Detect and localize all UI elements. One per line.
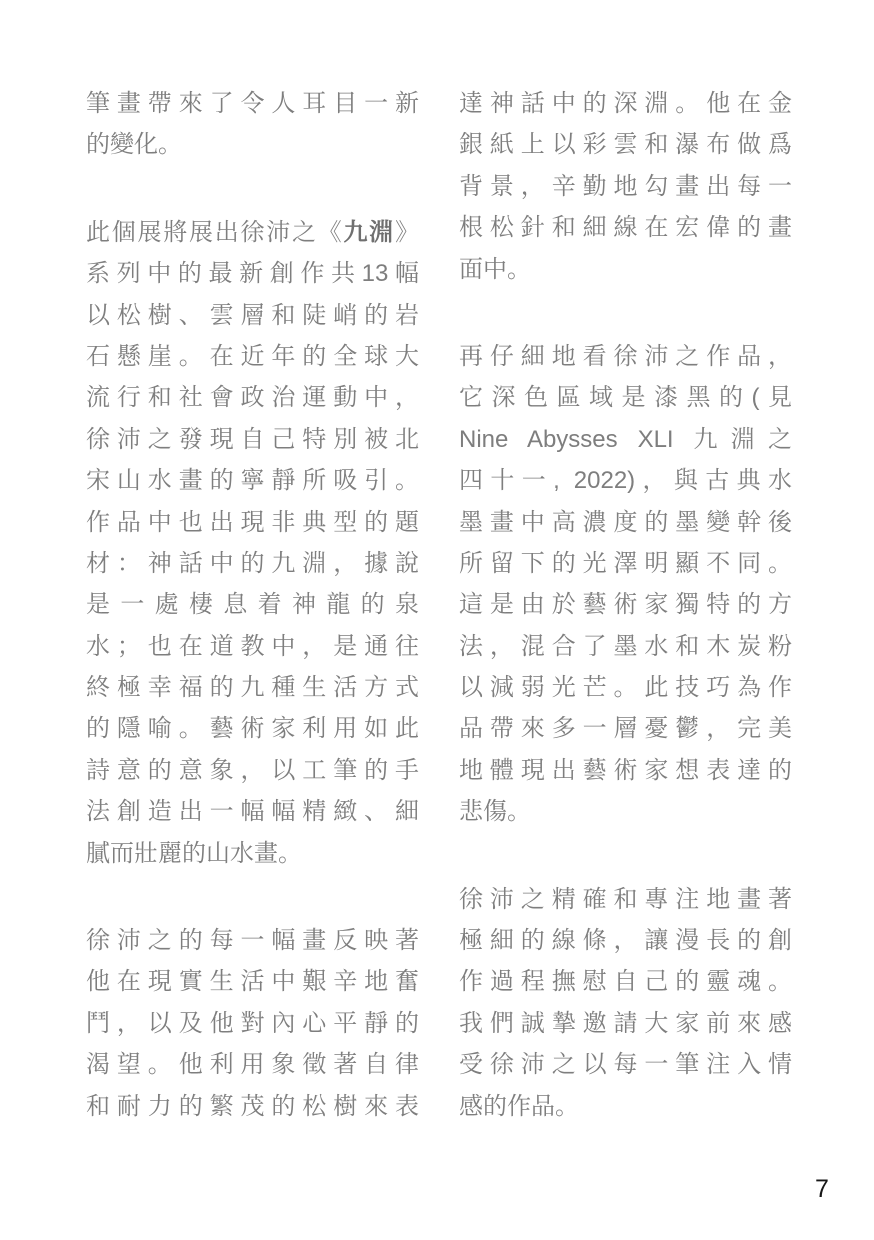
text-segment: 它深色區域是漆黑的(見 (459, 384, 792, 411)
text-line: 徐沛之的每一幅畫反映著 (86, 920, 419, 961)
text-segment: 根松針和細線在宏偉的畫 (459, 214, 792, 241)
text-segment: 作品中也出現非典型的題 (86, 509, 419, 536)
text-line: 徐沛之發現自己特別被北 (86, 419, 419, 460)
text-column-right: 達神話中的深淵。他在金銀紙上以彩雲和瀑布做爲背景，辛勤地勾畫出每一根松針和細線在… (459, 83, 792, 1127)
text-line: 的變化。 (86, 124, 419, 165)
text-segment: 地體現出藝術家想表達的 (459, 757, 792, 784)
text-segment: 所留下的光澤明顯不同。 (459, 550, 792, 577)
text-line: 作過程撫慰自己的靈魂。 (459, 961, 792, 1002)
text-line: 終極幸福的九種生活方式 (86, 667, 419, 708)
text-line: 和耐力的繁茂的松樹來表 (86, 1086, 419, 1127)
text-line: 是一處棲息着神龍的泉 (86, 584, 419, 625)
text-segment: 銀紙上以彩雲和瀑布做爲 (459, 131, 792, 158)
text-segment: 終極幸福的九種生活方式 (86, 674, 419, 701)
text-segment: 宋山水畫的寧靜所吸引。 (86, 467, 419, 494)
text-line: 達神話中的深淵。他在金 (459, 83, 792, 124)
text-segment: 悲傷。 (459, 798, 531, 825)
paragraph: 再仔細地看徐沛之作品，它深色區域是漆黑的(見Nine Abysses XLI 九… (459, 336, 792, 833)
text-column-left: 筆畫帶來了令人耳目一新的變化。此個展將展出徐沛之《九淵》系列中的最新創作共13幅… (86, 83, 419, 1127)
text-segment: 這是由於藝術家獨特的方 (459, 591, 792, 618)
text-segment: 背景，辛勤地勾畫出每一 (459, 173, 792, 200)
text-segment: 感的作品。 (459, 1093, 579, 1120)
text-line: 此個展將展出徐沛之《九淵》 (86, 212, 419, 253)
text-segment: 系列中的最新創作共13幅 (86, 260, 419, 287)
text-line: 詩意的意象，以工筆的手 (86, 750, 419, 791)
text-line: 背景，辛勤地勾畫出每一 (459, 166, 792, 207)
text-line: Nine Abysses XLI 九淵之 (459, 419, 792, 460)
text-segment: 的變化。 (86, 131, 182, 158)
text-line: 作品中也出現非典型的題 (86, 502, 419, 543)
text-segment: 此個展將展出徐沛之《 (86, 219, 344, 246)
text-line: 再仔細地看徐沛之作品， (459, 336, 792, 377)
text-segment: 膩而壯麗的山水畫。 (86, 840, 302, 867)
text-segment: 材：神話中的九淵，據說 (86, 550, 419, 577)
text-segment: 石懸崖。在近年的全球大 (86, 343, 419, 370)
text-line: 流行和社會政治運動中， (86, 377, 419, 418)
text-line: 它深色區域是漆黑的(見 (459, 377, 792, 418)
text-segment: 品帶來多一層憂鬱，完美 (459, 715, 792, 742)
text-line: 悲傷。 (459, 791, 792, 832)
paragraph: 徐沛之的每一幅畫反映著他在現實生活中艱辛地奮鬥，以及他對內心平靜的渴望。他利用象… (86, 920, 419, 1127)
text-segment: 是一處棲息着神龍的泉 (86, 591, 419, 618)
text-line: 墨畫中高濃度的墨變幹後 (459, 502, 792, 543)
text-segment: 筆畫帶來了令人耳目一新 (86, 90, 419, 117)
text-segment: 徐沛之精確和專注地畫著 (459, 886, 792, 913)
text-line: 面中。 (459, 249, 792, 290)
text-segment: 他在現實生活中艱辛地奮 (86, 968, 419, 995)
text-line: 水；也在道教中，是通往 (86, 626, 419, 667)
page-number: 7 (815, 1174, 845, 1204)
text-segment: 的隱喻。藝術家利用如此 (86, 715, 419, 742)
text-segment: 流行和社會政治運動中， (86, 384, 419, 411)
text-segment: 墨畫中高濃度的墨變幹後 (459, 509, 792, 536)
text-line: 宋山水畫的寧靜所吸引。 (86, 460, 419, 501)
text-line: 系列中的最新創作共13幅 (86, 253, 419, 294)
text-segment: 和耐力的繁茂的松樹來表 (86, 1093, 419, 1120)
text-line: 地體現出藝術家想表達的 (459, 750, 792, 791)
text-line: 以松樹、雲層和陡峭的岩 (86, 295, 419, 336)
text-segment: 法，混合了墨水和木炭粉 (459, 633, 792, 660)
text-segment: 鬥，以及他對內心平靜的 (86, 1010, 419, 1037)
artwork-title: 九淵 (344, 219, 396, 246)
text-line: 根松針和細線在宏偉的畫 (459, 207, 792, 248)
text-segment: 四十一, 2022)，與古典水 (459, 467, 792, 494)
text-segment: 水；也在道教中，是通往 (86, 633, 419, 660)
text-segment: 以松樹、雲層和陡峭的岩 (86, 302, 419, 329)
text-line: 這是由於藝術家獨特的方 (459, 584, 792, 625)
text-segment: 以減弱光芒。此技巧為作 (459, 674, 792, 701)
text-segment: 渴望。他利用象徵著自律 (86, 1051, 419, 1078)
text-line: 品帶來多一層憂鬱，完美 (459, 708, 792, 749)
paragraph: 達神話中的深淵。他在金銀紙上以彩雲和瀑布做爲背景，辛勤地勾畫出每一根松針和細線在… (459, 83, 792, 290)
text-line: 我們誠摯邀請大家前來感 (459, 1003, 792, 1044)
paragraph: 徐沛之精確和專注地畫著極細的線條，讓漫長的創作過程撫慰自己的靈魂。我們誠摯邀請大… (459, 879, 792, 1127)
text-line: 徐沛之精確和專注地畫著 (459, 879, 792, 920)
text-line: 法創造出一幅幅精緻、細 (86, 791, 419, 832)
text-segment: 極細的線條，讓漫長的創 (459, 927, 792, 954)
text-line: 極細的線條，讓漫長的創 (459, 920, 792, 961)
text-segment: 面中。 (459, 256, 531, 283)
text-segment: 》 (395, 219, 419, 246)
text-line: 法，混合了墨水和木炭粉 (459, 626, 792, 667)
text-line: 筆畫帶來了令人耳目一新 (86, 83, 419, 124)
text-line: 膩而壯麗的山水畫。 (86, 833, 419, 874)
text-segment: 再仔細地看徐沛之作品， (459, 343, 792, 370)
text-line: 所留下的光澤明顯不同。 (459, 543, 792, 584)
text-line: 以減弱光芒。此技巧為作 (459, 667, 792, 708)
text-line: 受徐沛之以每一筆注入情 (459, 1044, 792, 1085)
text-line: 銀紙上以彩雲和瀑布做爲 (459, 124, 792, 165)
text-line: 材：神話中的九淵，據說 (86, 543, 419, 584)
text-segment: 徐沛之的每一幅畫反映著 (86, 927, 419, 954)
paragraph: 此個展將展出徐沛之《九淵》系列中的最新創作共13幅以松樹、雲層和陡峭的岩石懸崖。… (86, 212, 419, 874)
document-page: 筆畫帶來了令人耳目一新的變化。此個展將展出徐沛之《九淵》系列中的最新創作共13幅… (0, 0, 874, 1240)
text-segment: 法創造出一幅幅精緻、細 (86, 798, 419, 825)
text-segment: 詩意的意象，以工筆的手 (86, 757, 419, 784)
text-segment: 徐沛之發現自己特別被北 (86, 426, 419, 453)
text-segment: Nine Abysses XLI 九淵之 (459, 426, 792, 453)
text-line: 鬥，以及他對內心平靜的 (86, 1003, 419, 1044)
paragraph: 筆畫帶來了令人耳目一新的變化。 (86, 83, 419, 166)
text-line: 石懸崖。在近年的全球大 (86, 336, 419, 377)
text-line: 他在現實生活中艱辛地奮 (86, 961, 419, 1002)
text-line: 的隱喻。藝術家利用如此 (86, 708, 419, 749)
text-segment: 我們誠摯邀請大家前來感 (459, 1010, 792, 1037)
text-segment: 受徐沛之以每一筆注入情 (459, 1051, 792, 1078)
text-line: 感的作品。 (459, 1086, 792, 1127)
text-segment: 作過程撫慰自己的靈魂。 (459, 968, 792, 995)
text-line: 四十一, 2022)，與古典水 (459, 460, 792, 501)
text-segment: 達神話中的深淵。他在金 (459, 90, 792, 117)
text-line: 渴望。他利用象徵著自律 (86, 1044, 419, 1085)
